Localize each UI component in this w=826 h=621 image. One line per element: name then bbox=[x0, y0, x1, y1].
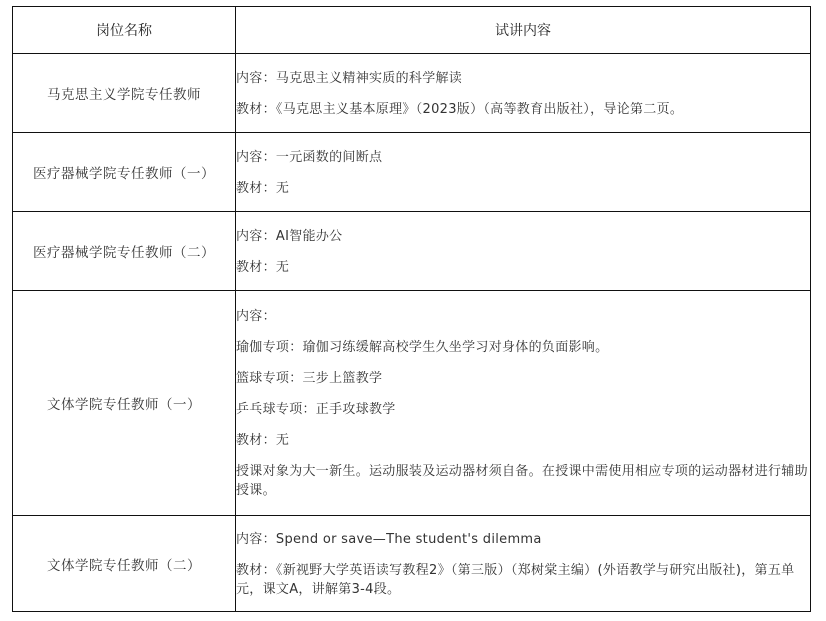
position-name: 马克思主义学院专任教师 bbox=[13, 54, 236, 133]
lecture-content: 内容：Spend or save—The student's dilemma 教… bbox=[236, 516, 811, 612]
textbook-line: 教材：无 bbox=[236, 258, 810, 277]
table-row: 文体学院专任教师（一） 内容： 瑜伽专项：瑜伽习练缓解高校学生久坐学习对身体的负… bbox=[13, 291, 811, 516]
trial-lecture-table: 岗位名称 试讲内容 马克思主义学院专任教师 内容：马克思主义精神实质的科学解读 … bbox=[12, 6, 811, 612]
lecture-content: 内容： 瑜伽专项：瑜伽习练缓解高校学生久坐学习对身体的负面影响。 篮球专项：三步… bbox=[236, 291, 811, 516]
textbook-line: 教材：《马克思主义基本原理》（2023版）（高等教育出版社），导论第二页。 bbox=[236, 100, 810, 119]
content-line: 内容： bbox=[236, 307, 810, 326]
note-line: 授课对象为大一新生。运动服装及运动器材须自备。在授课中需使用相应专项的运动器材进… bbox=[236, 462, 810, 500]
header-position: 岗位名称 bbox=[13, 7, 236, 54]
position-name: 文体学院专任教师（二） bbox=[13, 516, 236, 612]
position-name: 医疗器械学院专任教师（二） bbox=[13, 212, 236, 291]
yoga-line: 瑜伽专项：瑜伽习练缓解高校学生久坐学习对身体的负面影响。 bbox=[236, 338, 810, 357]
textbook-line: 教材：《新视野大学英语读写教程2》（第三版）（郑树棠主编）(外语教学与研究出版社… bbox=[236, 561, 810, 599]
content-line: 内容：马克思主义精神实质的科学解读 bbox=[236, 69, 810, 88]
lecture-content: 内容：一元函数的间断点 教材：无 bbox=[236, 133, 811, 212]
table-row: 文体学院专任教师（二） 内容：Spend or save—The student… bbox=[13, 516, 811, 612]
table-row: 马克思主义学院专任教师 内容：马克思主义精神实质的科学解读 教材：《马克思主义基… bbox=[13, 54, 811, 133]
table-row: 医疗器械学院专任教师（二） 内容：AI智能办公 教材：无 bbox=[13, 212, 811, 291]
content-line: 内容：Spend or save—The student's dilemma bbox=[236, 530, 810, 549]
textbook-line: 教材：无 bbox=[236, 179, 810, 198]
position-name: 文体学院专任教师（一） bbox=[13, 291, 236, 516]
lecture-content: 内容：AI智能办公 教材：无 bbox=[236, 212, 811, 291]
basketball-line: 篮球专项：三步上篮教学 bbox=[236, 369, 810, 388]
content-line: 内容：AI智能办公 bbox=[236, 227, 810, 246]
table-row: 医疗器械学院专任教师（一） 内容：一元函数的间断点 教材：无 bbox=[13, 133, 811, 212]
textbook-line: 教材：无 bbox=[236, 431, 810, 450]
header-row: 岗位名称 试讲内容 bbox=[13, 7, 811, 54]
content-line: 内容：一元函数的间断点 bbox=[236, 148, 810, 167]
lecture-content: 内容：马克思主义精神实质的科学解读 教材：《马克思主义基本原理》（2023版）（… bbox=[236, 54, 811, 133]
position-name: 医疗器械学院专任教师（一） bbox=[13, 133, 236, 212]
header-content: 试讲内容 bbox=[236, 7, 811, 54]
table-tennis-line: 乒乓球专项：正手攻球教学 bbox=[236, 400, 810, 419]
